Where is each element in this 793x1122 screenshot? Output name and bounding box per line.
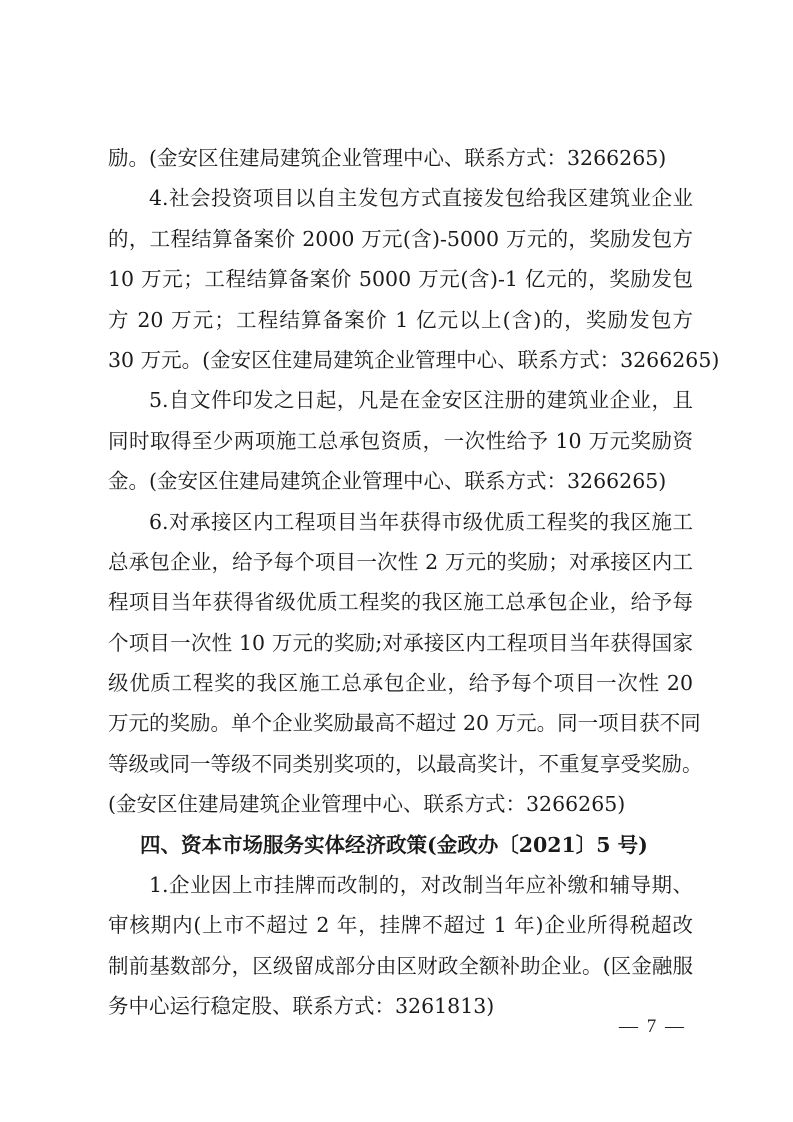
paragraph-line: 方 20 万元；工程结算备案价 1 亿元以上(含)的，奖励发包方: [108, 300, 693, 340]
paragraph-line: (金安区住建局建筑企业管理中心、联系方式：3266265): [108, 784, 693, 824]
paragraph-line: 万元的奖励。单个企业奖励最高不超过 20 万元。同一项目获不同: [108, 703, 693, 743]
document-page: 励。(金安区住建局建筑企业管理中心、联系方式：3266265) 4.社会投资项目…: [108, 138, 693, 1027]
item-5-line: 5.自文件印发之日起，凡是在金安区注册的建筑业企业，且: [108, 380, 693, 420]
paragraph-line: 10 万元；工程结算备案价 5000 万元(含)-1 亿元的，奖励发包: [108, 259, 693, 299]
paragraph-line: 程项目当年获得省级优质工程奖的我区施工总承包企业，给予每: [108, 582, 693, 622]
paragraph-line: 30 万元。(金安区住建局建筑企业管理中心、联系方式：3266265): [108, 340, 693, 380]
paragraph-line: 级优质工程奖的我区施工总承包企业，给予每个项目一次性 20: [108, 663, 693, 703]
page-number: — 7 —: [619, 1016, 686, 1038]
paragraph-line: 励。(金安区住建局建筑企业管理中心、联系方式：3266265): [108, 138, 693, 178]
paragraph-line: 等级或同一等级不同类别奖项的，以最高奖计，不重复享受奖励。: [108, 744, 693, 784]
paragraph-line: 同时取得至少两项施工总承包资质，一次性给予 10 万元奖励资: [108, 421, 693, 461]
item-6-line: 6.对承接区内工程项目当年获得市级优质工程奖的我区施工: [108, 502, 693, 542]
paragraph-line: 审核期内(上市不超过 2 年，挂牌不超过 1 年)企业所得税超改: [108, 905, 693, 945]
paragraph-line: 金。(金安区住建局建筑企业管理中心、联系方式：3266265): [108, 461, 693, 501]
paragraph-line: 个项目一次性 10 万元的奖励;对承接区内工程项目当年获得国家: [108, 623, 693, 663]
item-1-line: 1.企业因上市挂牌而改制的，对改制当年应补缴和辅导期、: [108, 865, 693, 905]
paragraph-line: 的，工程结算备案价 2000 万元(含)-5000 万元的，奖励发包方: [108, 219, 693, 259]
paragraph-line: 制前基数部分，区级留成部分由区财政全额补助企业。(区金融服: [108, 946, 693, 986]
paragraph-line: 总承包企业，给予每个项目一次性 2 万元的奖励；对承接区内工: [108, 542, 693, 582]
item-4-line: 4.社会投资项目以自主发包方式直接发包给我区建筑业企业: [108, 178, 693, 218]
section-heading: 四、资本市场服务实体经济政策(金政办〔2021〕5 号): [108, 825, 693, 865]
paragraph-line: 务中心运行稳定股、联系方式：3261813): [108, 986, 693, 1026]
